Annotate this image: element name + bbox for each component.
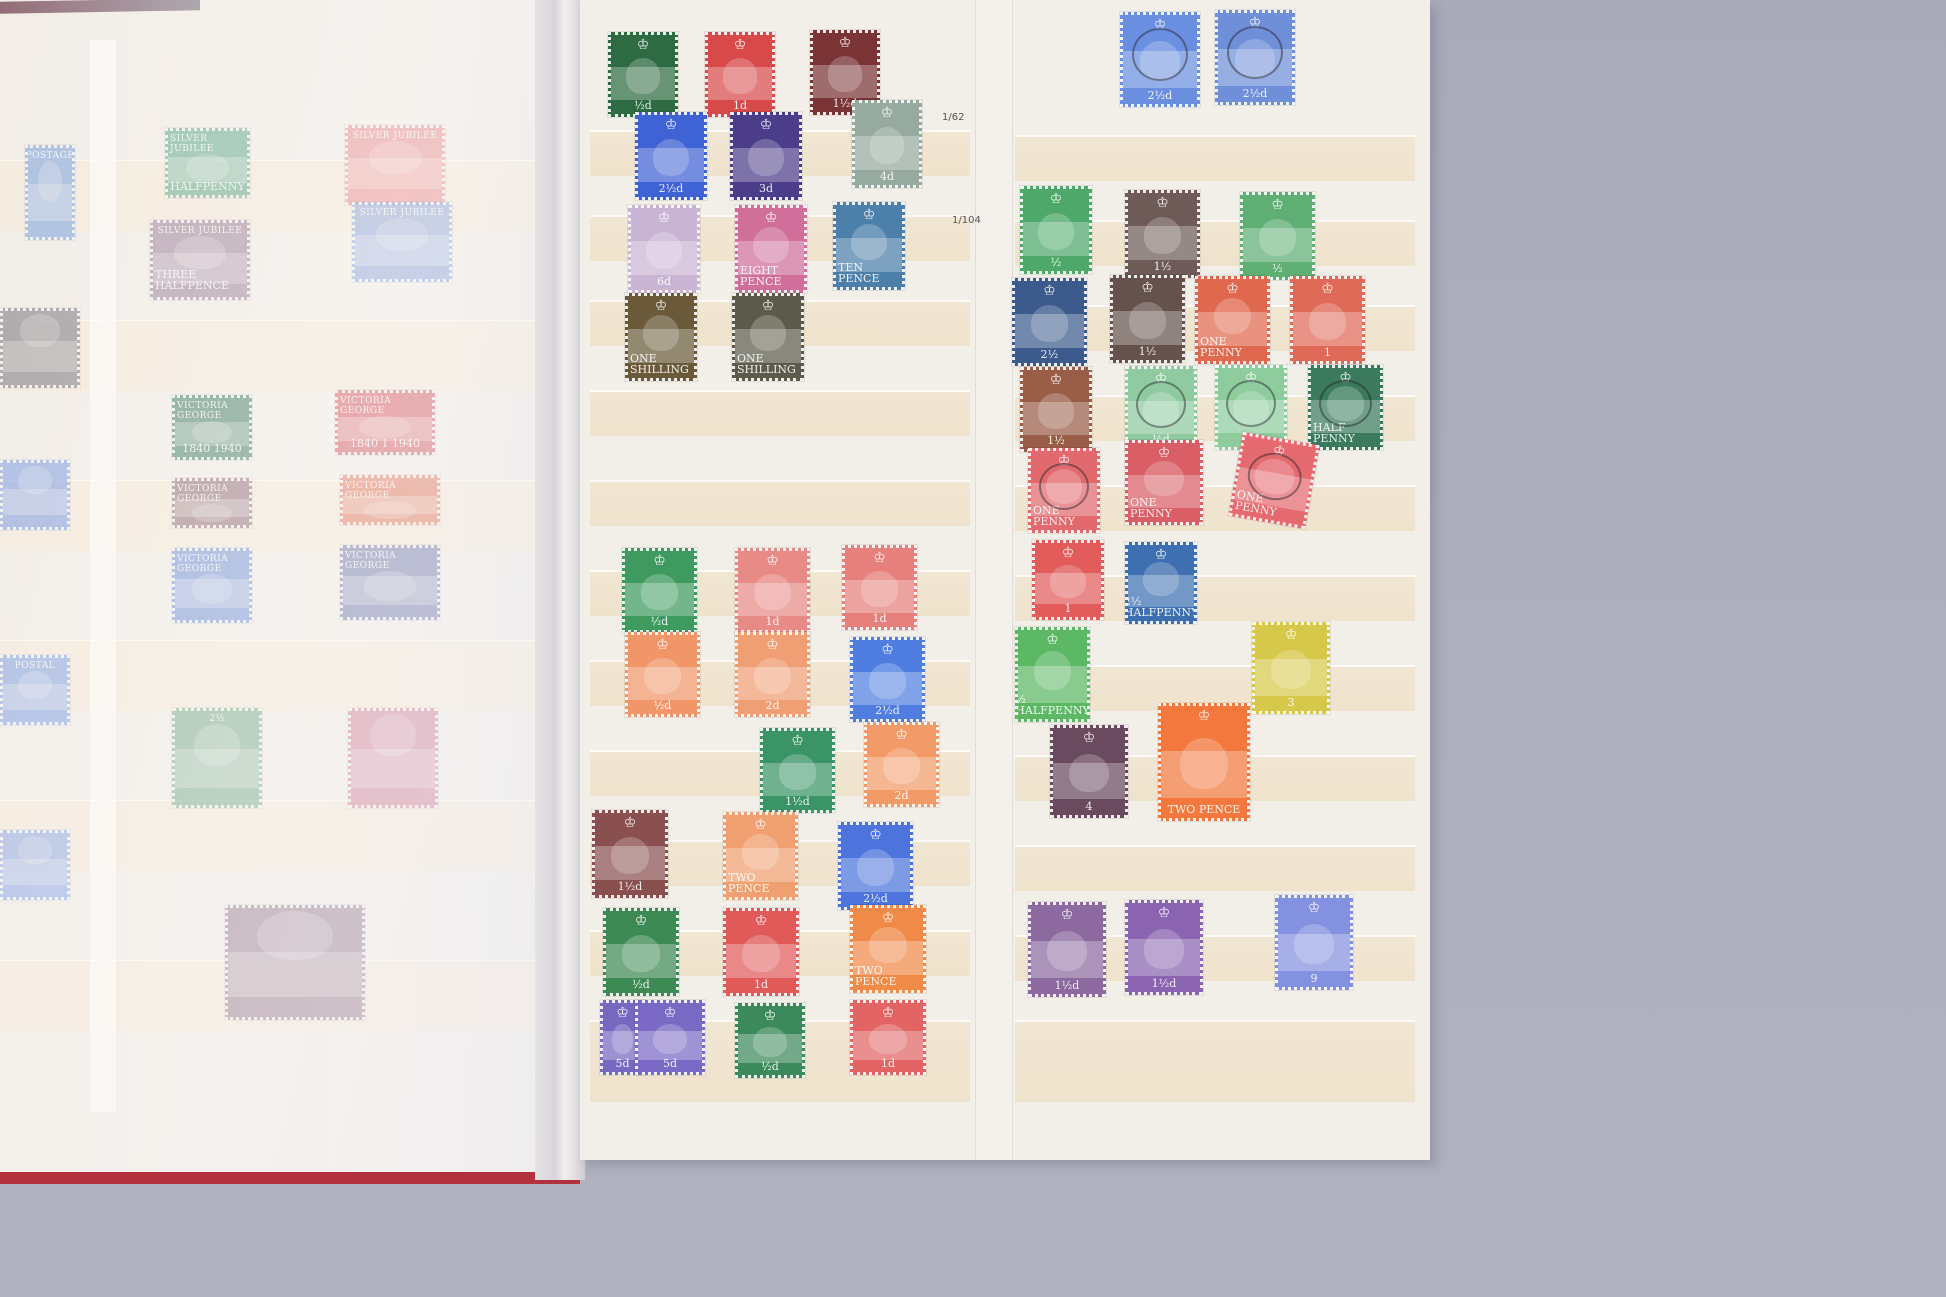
stamp: ♔ONE SHILLING — [732, 293, 804, 381]
strip-overlay — [606, 944, 676, 978]
left-strip — [0, 160, 560, 231]
stamp: ♔½d — [608, 32, 678, 117]
strip-overlay — [1053, 763, 1125, 800]
stamp-value: ½d — [634, 100, 652, 111]
stamp: SILVER JUBILEEHALFPENNY — [165, 128, 250, 198]
strip-overlay — [625, 583, 694, 616]
crown-icon: ♔ — [882, 1006, 895, 1020]
stamp: ♔TWO PENCE — [1158, 703, 1250, 821]
strip-overlay — [338, 417, 432, 442]
stamp-banner: 2½ — [209, 714, 224, 724]
stamp: ♔1 — [1290, 276, 1365, 364]
strip-overlay — [1243, 228, 1312, 262]
crown-icon: ♔ — [624, 816, 637, 830]
stamp: 2½ — [172, 708, 262, 808]
strip-overlay — [628, 667, 697, 700]
crown-icon: ♔ — [1043, 284, 1056, 298]
crown-icon: ♔ — [1158, 446, 1171, 460]
stamp: ♔2½d — [1120, 12, 1200, 107]
stamp: ♔2d — [735, 632, 810, 717]
stamp: VICTORIA GEORGE — [172, 478, 252, 528]
stamp: SILVER JUBILEE — [345, 125, 445, 205]
stamp: ♔9 — [1275, 895, 1353, 990]
stamp-value: 2d — [894, 790, 908, 801]
stamp — [225, 905, 365, 1020]
stamp: ♔1½d — [1028, 902, 1106, 997]
crown-icon: ♔ — [766, 554, 779, 568]
postmark-icon — [1319, 380, 1371, 427]
stamp: ♔1d — [705, 32, 775, 117]
crown-icon: ♔ — [656, 638, 669, 652]
stamp-value: 1½d — [1055, 980, 1080, 991]
stamp: ♔ONE PENNY — [1195, 276, 1270, 364]
stamp-value: 4d — [880, 171, 894, 182]
crown-icon: ♔ — [766, 638, 779, 652]
stamp-value: 1½d — [618, 881, 643, 892]
strip-overlay — [738, 667, 807, 700]
stamp: ♔2½d — [1215, 10, 1295, 105]
strip-overlay — [175, 749, 259, 788]
stamp-value: 6d — [657, 276, 671, 287]
strip-overlay — [1278, 934, 1350, 971]
stamp: ♔EIGHT PENCE — [735, 205, 807, 293]
stamp-value: 1d — [754, 979, 768, 990]
stamp: ♔HALF PENNY — [1308, 365, 1383, 450]
stamp-banner: SILVER JUBILEE — [353, 131, 438, 141]
page-divider — [975, 0, 1013, 1160]
strip-overlay — [343, 496, 437, 514]
stamp: ♔1½d — [1125, 900, 1203, 995]
left-strip — [0, 800, 560, 871]
strip-overlay — [168, 157, 247, 184]
crown-icon: ♔ — [754, 818, 767, 832]
stamp-value: 1d — [733, 100, 747, 111]
stamp-value: 2½ — [1041, 349, 1059, 360]
crown-icon: ♔ — [765, 211, 778, 225]
strip-overlay — [1113, 311, 1182, 345]
crown-icon: ♔ — [882, 911, 895, 925]
stamp-banner: VICTORIA GEORGE — [177, 401, 247, 421]
stamp: VICTORIA GEORGE — [340, 475, 440, 525]
stamp: ♔1½ — [1020, 367, 1092, 452]
stamp-value: ½d — [761, 1061, 779, 1072]
strip-overlay — [845, 580, 914, 613]
strip-overlay — [631, 241, 697, 275]
stamp: ♔1½d — [592, 810, 668, 898]
stamp: ♔ONE PENNY — [1228, 432, 1320, 529]
strip-overlay — [1293, 312, 1362, 346]
stamp: ♔TWO PENCE — [850, 905, 926, 993]
stamp: ♔4d — [852, 100, 922, 188]
strip-overlay — [175, 579, 249, 608]
stamp: POSTAL — [0, 655, 70, 725]
strip-overlay — [853, 941, 923, 975]
stamp-value: 1 — [1065, 603, 1072, 614]
stamp: ♔1d — [723, 908, 799, 996]
strip-overlay — [3, 489, 67, 516]
stamp: ♔2½d — [850, 637, 925, 722]
left-page: POSTAGESILVER JUBILEEHALFPENNYSILVER JUB… — [0, 0, 580, 1184]
strip-overlay — [628, 329, 694, 363]
strip-overlay — [1128, 475, 1200, 508]
crown-icon: ♔ — [1062, 546, 1075, 560]
crown-icon: ♔ — [637, 38, 650, 52]
crown-icon: ♔ — [762, 299, 775, 313]
stamp: ♔2½d — [635, 112, 707, 200]
stamp: ♔1½ — [1125, 190, 1200, 278]
stamp-value: ½ — [1272, 263, 1283, 274]
crown-icon: ♔ — [764, 1009, 777, 1023]
stamp-value: 5d — [663, 1058, 677, 1069]
stamp: ♔½ — [1020, 186, 1092, 274]
crown-icon: ♔ — [1226, 282, 1239, 296]
stamp: ♔ONE PENNY — [1028, 448, 1100, 533]
stamp: POSTAGE — [25, 145, 75, 240]
crown-icon: ♔ — [1155, 548, 1168, 562]
postmark-icon — [1039, 463, 1089, 510]
strip-overlay — [3, 341, 77, 372]
stamp-banner: POSTAGE — [26, 151, 75, 161]
stamp-value: 2½d — [1148, 90, 1173, 101]
stamp-banner: SILVER JUBILEE — [170, 134, 245, 154]
stamp-value: 1½ — [1154, 261, 1172, 272]
crown-icon: ♔ — [665, 118, 678, 132]
crown-icon: ♔ — [863, 208, 876, 222]
stamp: ♔1d — [735, 548, 810, 633]
crown-icon: ♔ — [1050, 373, 1063, 387]
stamp-value: ½d — [651, 616, 669, 627]
stamp-banner: POSTAL — [15, 661, 56, 671]
crown-icon: ♔ — [1050, 192, 1063, 206]
postmark-icon — [1132, 28, 1188, 81]
stamp: ♔½d — [735, 1003, 805, 1078]
stamp — [0, 460, 70, 530]
strip-overlay — [708, 67, 772, 100]
strip-overlay — [348, 158, 442, 189]
strip-overlay — [855, 136, 919, 170]
crown-icon: ♔ — [658, 211, 671, 225]
crown-icon: ♔ — [1271, 198, 1284, 212]
crown-icon: ♔ — [655, 299, 668, 313]
strip-overlay — [175, 499, 249, 517]
stamp: ♔1d — [842, 545, 917, 630]
stamp: ♔5d — [635, 1000, 705, 1075]
crown-icon: ♔ — [881, 106, 894, 120]
stamp: VICTORIA GEORGE — [172, 548, 252, 623]
strip-overlay — [853, 1031, 923, 1060]
stamp-value: 1½ — [1139, 346, 1157, 357]
strip-overlay — [726, 848, 795, 882]
strip-overlay — [1128, 939, 1200, 976]
crown-icon: ♔ — [635, 914, 648, 928]
crown-icon: ♔ — [1308, 901, 1321, 915]
strip-overlay — [1128, 226, 1197, 260]
stamp: ♔½d — [1125, 366, 1197, 451]
strip-overlay — [343, 576, 437, 605]
right-page: 1/62 1/104 ♔½d♔1d♔1½d♔2½d♔3d♔4d♔6d♔EIGHT… — [580, 0, 1430, 1160]
strip-overlay — [351, 749, 435, 788]
crown-icon: ♔ — [869, 828, 882, 842]
stamp: VICTORIA GEORGE — [340, 545, 440, 620]
book-spine — [535, 0, 586, 1180]
stamp: ♔½ — [1240, 192, 1315, 280]
strip-overlay — [1031, 941, 1103, 978]
stamp-value: 1½ — [1047, 435, 1065, 446]
crown-icon: ♔ — [895, 728, 908, 742]
crown-icon: ♔ — [653, 554, 666, 568]
strip-overlay — [638, 1031, 702, 1060]
stamp: ♔3d — [730, 112, 802, 200]
strip-overlay — [1161, 751, 1247, 798]
left-divider — [90, 40, 116, 1112]
stamp: ♔TWO PENCE — [723, 812, 798, 900]
stamp: ♔½ HALFPENNY — [1015, 627, 1090, 722]
strip-overlay — [853, 672, 922, 705]
stamp-value: ½d — [654, 700, 672, 711]
stamp-value: 3 — [1288, 697, 1295, 708]
left-strip — [0, 640, 560, 711]
strip-overlay — [733, 148, 799, 182]
crown-icon: ♔ — [1158, 906, 1171, 920]
page-strip — [590, 480, 970, 526]
stamp: ♔2½ — [1012, 278, 1087, 366]
page-strip — [590, 390, 970, 436]
stamp-value: 5d — [615, 1058, 629, 1069]
stamp — [0, 308, 80, 388]
crown-icon: ♔ — [1321, 282, 1334, 296]
stamp-value: 3d — [759, 183, 773, 194]
cover-edge — [0, 0, 200, 14]
left-strip — [0, 320, 560, 391]
postmark-icon — [1227, 26, 1283, 79]
crown-icon: ♔ — [755, 914, 768, 928]
crown-icon: ♔ — [881, 643, 894, 657]
strip-overlay — [638, 148, 704, 182]
stamp: SILVER JUBILEE — [352, 202, 452, 282]
stamp: ♔1½d — [760, 728, 835, 813]
left-strip — [0, 480, 560, 551]
stamp: SILVER JUBILEETHREE HALFPENCE — [150, 220, 250, 300]
stamp-value: 1 — [1324, 347, 1331, 358]
stamp — [348, 708, 438, 808]
stamp-value: 2d — [765, 700, 779, 711]
stamp-value: ½ — [1051, 257, 1062, 268]
strip-overlay — [1023, 402, 1089, 435]
stamp: ♔TEN PENCE — [833, 202, 905, 290]
strip-overlay — [738, 583, 807, 616]
strip-overlay — [228, 952, 362, 998]
stamp: ♔1½ — [1110, 275, 1185, 363]
stamp-value: 2½d — [659, 183, 684, 194]
crown-icon: ♔ — [1198, 709, 1211, 723]
stamp: ♔6d — [628, 205, 700, 293]
strip-overlay — [1015, 314, 1084, 348]
crown-icon: ♔ — [1046, 633, 1059, 647]
stamp-value: ½d — [632, 979, 650, 990]
stockbook-photo: POSTAGESILVER JUBILEEHALFPENNYSILVER JUB… — [0, 0, 1946, 1297]
crown-icon: ♔ — [1061, 908, 1074, 922]
stamp-value: 2½d — [875, 705, 900, 716]
stamp-value: 2½d — [863, 893, 888, 904]
stamp-value: 2½d — [1243, 88, 1268, 99]
strip-overlay — [3, 684, 67, 711]
stamp: ♔ONE PENNY — [1125, 440, 1203, 525]
page-strip — [1015, 845, 1415, 891]
strip-overlay — [1023, 222, 1089, 256]
stamp: ♔2½ HALFPENNY — [1125, 542, 1197, 624]
stamp-value: 4 — [1086, 801, 1093, 812]
strip-overlay — [836, 238, 902, 272]
page-strip — [1015, 135, 1415, 181]
page-strip — [1015, 1020, 1415, 1102]
strip-overlay — [153, 253, 247, 284]
postmark-icon — [1226, 380, 1276, 427]
stamp-banner: VICTORIA GEORGE — [177, 554, 247, 574]
stamp-banner: VICTORIA GEORGE — [345, 551, 435, 571]
stamp: ♔2d — [864, 722, 939, 807]
pencil-note: 1/62 — [942, 112, 964, 123]
stamp-value: 9 — [1311, 973, 1318, 984]
stamp: ♔1 — [1032, 540, 1104, 620]
strip-overlay — [355, 235, 449, 266]
strip-overlay — [726, 944, 796, 978]
crown-icon: ♔ — [1285, 628, 1298, 642]
stamp-value: 1d — [872, 613, 886, 624]
strip-overlay — [1128, 575, 1194, 607]
stamp — [0, 830, 70, 900]
strip-overlay — [611, 67, 675, 100]
crown-icon: ♔ — [791, 734, 804, 748]
crown-icon: ♔ — [664, 1006, 677, 1020]
stamp: VICTORIA GEORGE1840 1 1940 — [335, 390, 435, 455]
postmark-icon — [1136, 381, 1186, 428]
stamp: VICTORIA GEORGE1840 1940 — [172, 395, 252, 460]
strip-overlay — [867, 757, 936, 790]
crown-icon: ♔ — [1156, 196, 1169, 210]
stamp-value: 1½d — [785, 796, 810, 807]
stamp-banner: SILVER JUBILEE — [158, 226, 243, 236]
strip-overlay — [1018, 666, 1087, 703]
stamp: ♔2½d — [838, 822, 913, 910]
stamp-banner: VICTORIA GEORGE — [340, 396, 430, 416]
strip-overlay — [735, 329, 801, 363]
crown-icon: ♔ — [616, 1006, 629, 1020]
strip-overlay — [1255, 659, 1327, 695]
crown-icon: ♔ — [760, 118, 773, 132]
stamp-value: TWO PENCE — [1168, 804, 1241, 815]
strip-overlay — [595, 846, 665, 880]
crown-icon: ♔ — [873, 551, 886, 565]
strip-overlay — [763, 763, 832, 796]
crown-icon: ♔ — [1083, 731, 1096, 745]
stamp-value: 1d — [881, 1058, 895, 1069]
stamp-value: 1½d — [1152, 978, 1177, 989]
stamp-value: 1d — [765, 616, 779, 627]
stamp: ♔ONE SHILLING — [625, 293, 697, 381]
crown-icon: ♔ — [839, 36, 852, 50]
strip-overlay — [841, 858, 910, 892]
stamp: ♔3 — [1252, 622, 1330, 714]
stamp-banner: SILVER JUBILEE — [360, 208, 445, 218]
stamp: ♔½d — [603, 908, 679, 996]
strip-overlay — [1035, 573, 1101, 604]
stamp: ♔4 — [1050, 725, 1128, 818]
strip-overlay — [738, 241, 804, 275]
strip-overlay — [175, 422, 249, 447]
strip-overlay — [738, 1034, 802, 1063]
crown-icon: ♔ — [1141, 281, 1154, 295]
stamp: ♔1d — [850, 1000, 926, 1075]
stamp: ♔½d — [625, 632, 700, 717]
strip-overlay — [1198, 312, 1267, 346]
strip-overlay — [813, 65, 877, 98]
strip-overlay — [28, 184, 72, 221]
crown-icon: ♔ — [734, 38, 747, 52]
pencil-note: 1/104 — [952, 215, 981, 226]
strip-overlay — [3, 859, 67, 886]
stamp: ♔½d — [622, 548, 697, 633]
